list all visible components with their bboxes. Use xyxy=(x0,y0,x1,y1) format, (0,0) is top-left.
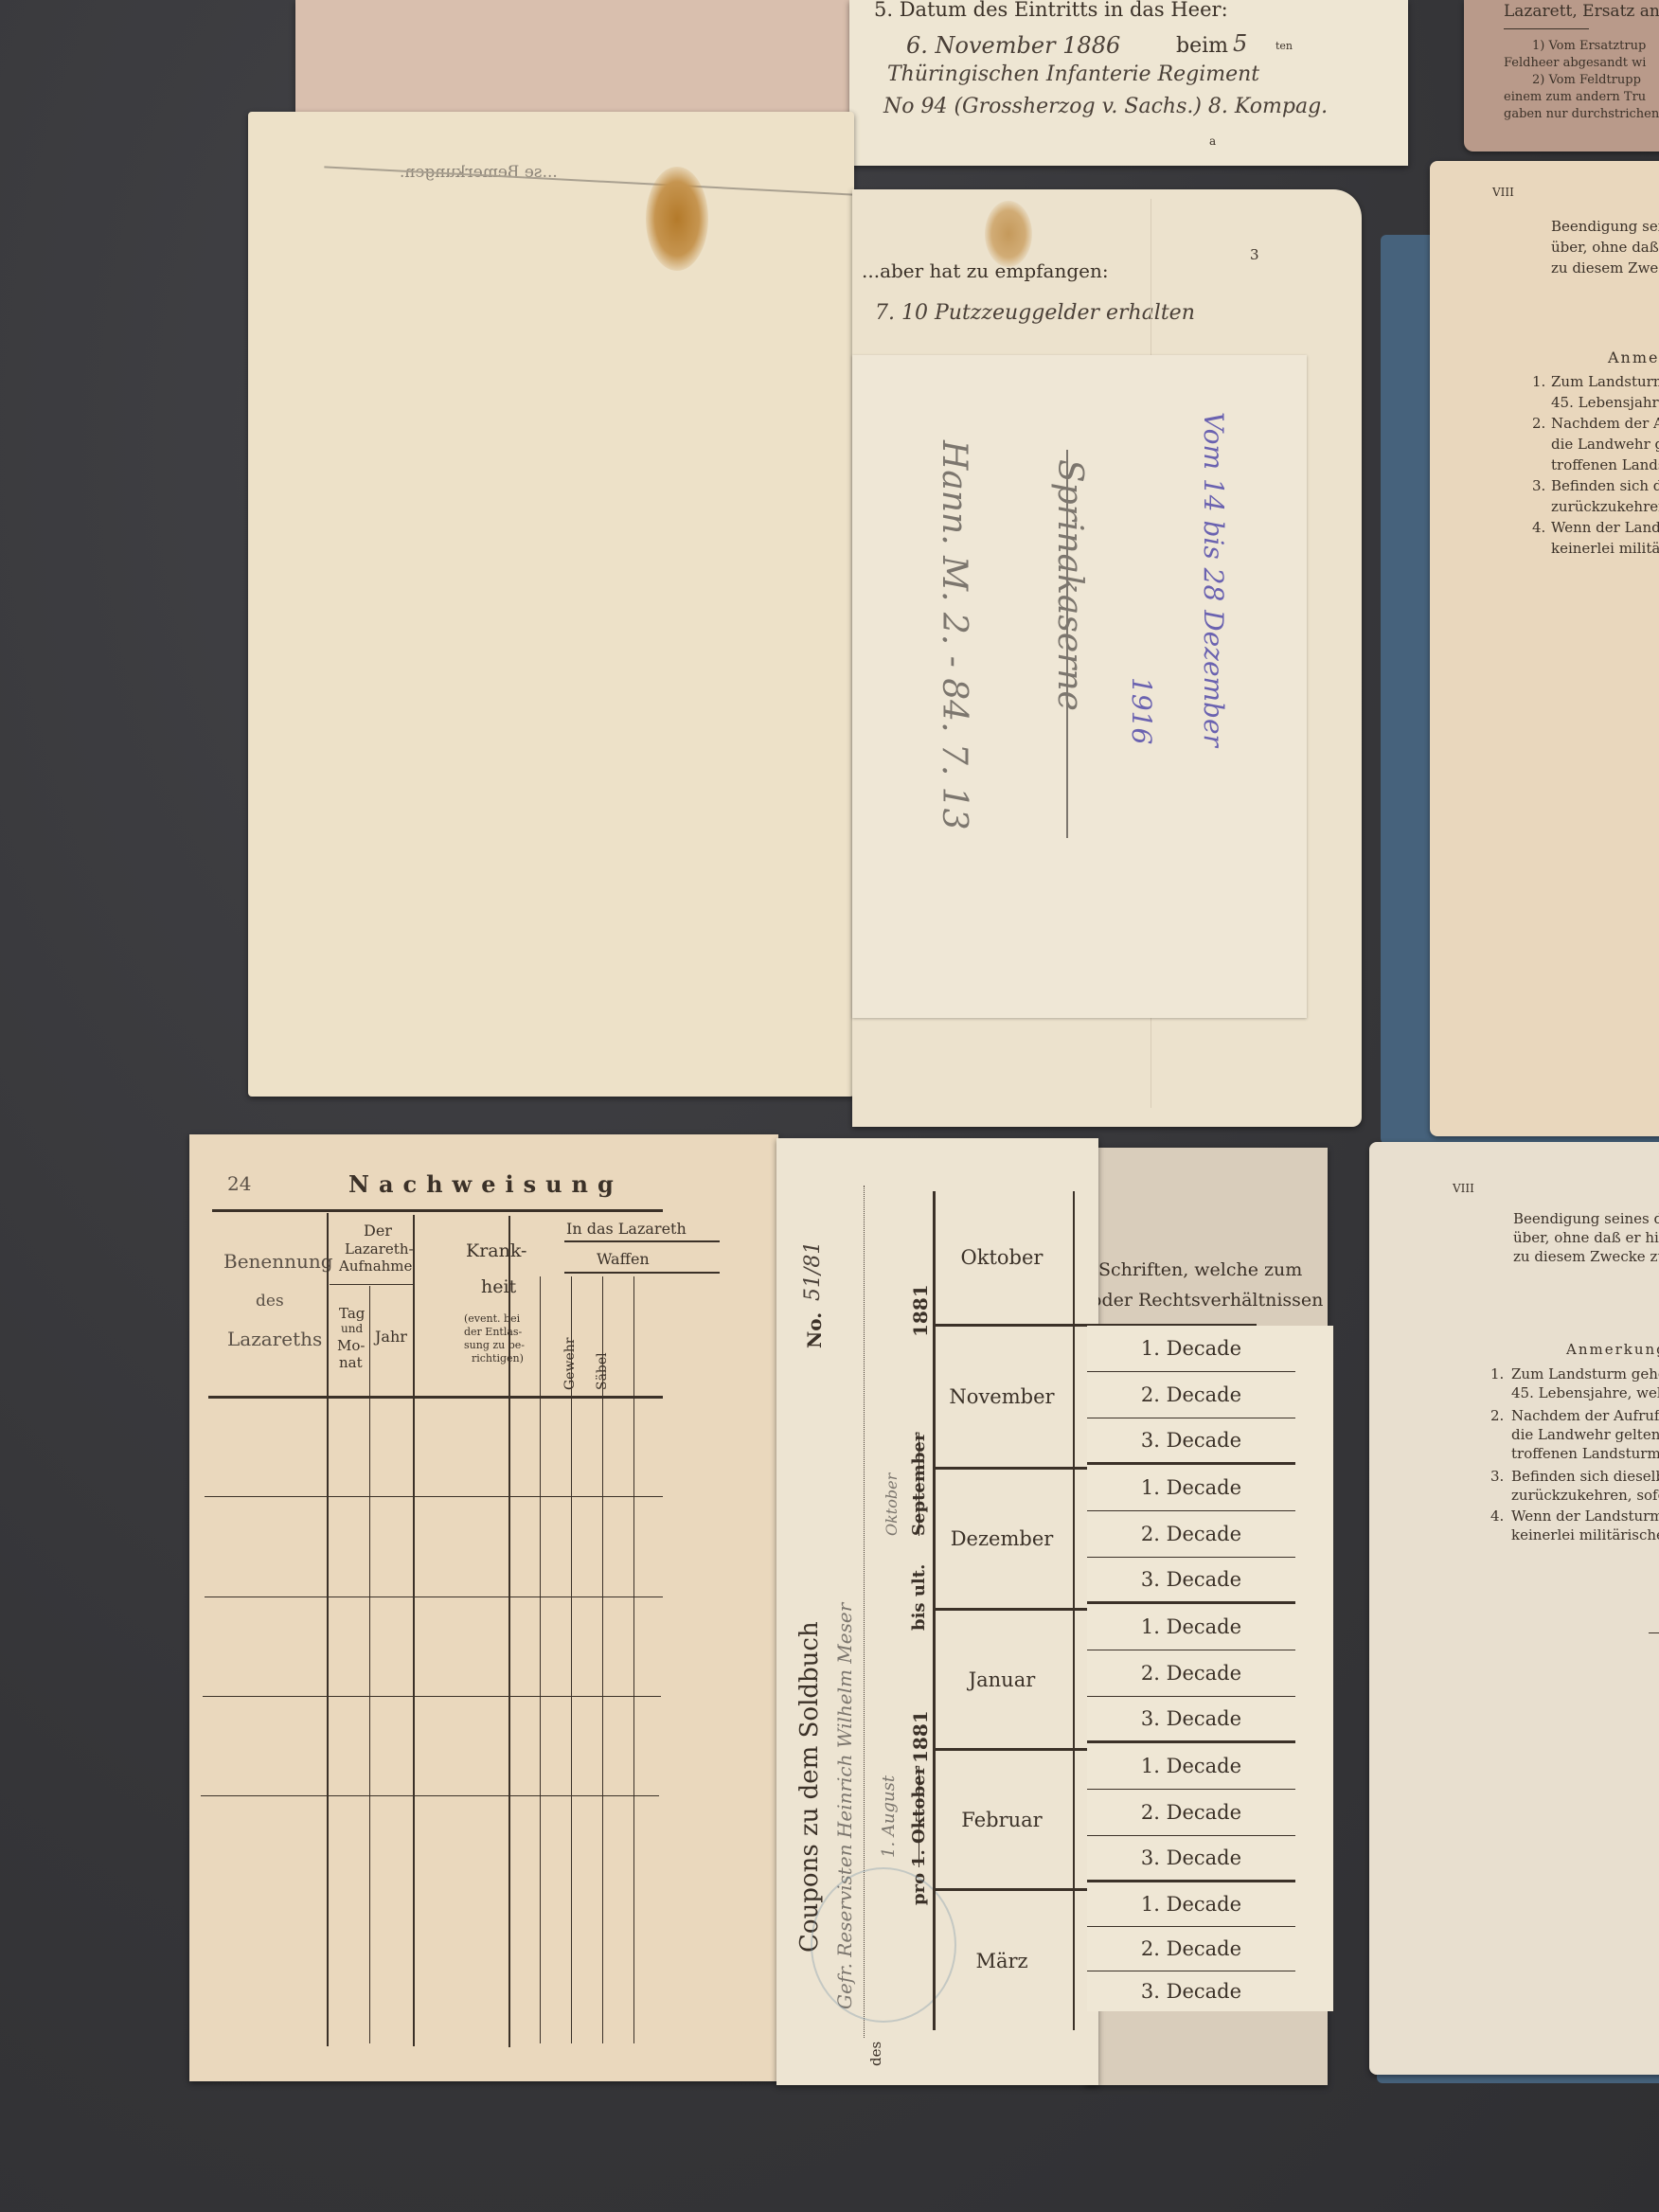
decade-cell: 3. Decade xyxy=(1087,1971,1295,2011)
decade-cell: 2. Decade xyxy=(1087,1790,1295,1835)
header-benennung: Benennung xyxy=(223,1250,333,1273)
header-bottom-rule xyxy=(208,1396,663,1399)
card-heading: Lazarett, Ersatz an xyxy=(1504,2,1659,21)
note-line: die Landwehr geltende xyxy=(1551,434,1659,455)
header-des: des xyxy=(256,1292,284,1311)
decade-cell: 2. Decade xyxy=(1087,1650,1295,1696)
note-num: 4. xyxy=(1490,1506,1504,1526)
note-line: Befinden sich dieselben in xyxy=(1511,1466,1659,1487)
nachweisung-title: Nachweisung xyxy=(348,1170,623,1198)
intro-line: Beendigung seines dritt xyxy=(1551,216,1659,237)
right-lower-booklet-page: VIII Beendigung seines dritt über, ohne … xyxy=(1369,1142,1659,2075)
header-rule-3 xyxy=(330,1284,413,1285)
header-krank: Krank- xyxy=(466,1240,526,1261)
header-nat: nat xyxy=(339,1354,363,1371)
page-marker: a xyxy=(1209,134,1216,148)
note-num: 1. xyxy=(1490,1364,1504,1384)
short-divider xyxy=(1649,1632,1659,1633)
header-rule-1 xyxy=(564,1240,720,1242)
note-line: die Landwehr geltende xyxy=(1511,1424,1659,1445)
col-line xyxy=(508,1216,510,2047)
note-line: 45. Lebensjahre, welche xyxy=(1511,1382,1659,1403)
coupons-title: Coupons zu dem Soldbuch xyxy=(795,1621,824,1953)
top-right-card: Lazarett, Ersatz an 1) Vom Ersatztrup Fe… xyxy=(1464,0,1659,152)
note-line: Wenn der Landsturm nicht xyxy=(1551,517,1659,538)
pro-struck: 1. Oktober xyxy=(909,1766,929,1867)
page-number-3: 3 xyxy=(1250,246,1259,263)
note-num: 3. xyxy=(1490,1466,1504,1487)
middle-left-folder: ...se Bemerkungen. xyxy=(248,112,854,1097)
note-line: Befinden sich dieselben in xyxy=(1551,475,1659,496)
printed-beim: beim xyxy=(1176,34,1228,58)
rust-stain xyxy=(646,167,708,271)
note-line: Zum Landsturm gehören xyxy=(1511,1364,1659,1384)
month-maerz: März xyxy=(933,1891,1071,2030)
right-upper-booklet-page: VIII Beendigung seines dritt über, ohne … xyxy=(1430,161,1659,1136)
note-line: Zum Landsturm gehören xyxy=(1551,371,1659,392)
note-line: 45. Lebensjahre, welche xyxy=(1551,392,1659,413)
coupons-page: Coupons zu dem Soldbuch No. 51/81 des Ge… xyxy=(776,1138,1098,2085)
header-lazareth: Lazareth- xyxy=(345,1240,414,1258)
col-line xyxy=(413,1215,415,2046)
col-line xyxy=(540,1276,541,2043)
pencil-underline xyxy=(1066,450,1068,838)
month-dezember: Dezember xyxy=(933,1470,1071,1608)
row-line xyxy=(205,1496,663,1497)
decade-cell: 2. Decade xyxy=(1087,1511,1295,1557)
superscript-ten: ten xyxy=(1275,40,1293,52)
decade-cell: 3. Decade xyxy=(1087,1836,1295,1880)
note-line: Nachdem der Aufruf des xyxy=(1511,1405,1659,1426)
note-line: keinerlei militärischer Kon xyxy=(1551,538,1659,559)
header-note-4: richtigen) xyxy=(472,1352,524,1365)
bis-value: Oktober xyxy=(883,1473,901,1536)
month-februar: Februar xyxy=(933,1751,1071,1888)
anmerkung-heading: Anmerkung xyxy=(1608,348,1659,366)
intro-line: über, ohne daß er hierü xyxy=(1513,1227,1659,1248)
insert-slip: Sprinakaserne Hann. M. 2. - 84. 7. 13 Vo… xyxy=(852,355,1307,1018)
middle-center-page: ...aber hat zu empfangen: 3 7. 10 Putzze… xyxy=(852,189,1362,1127)
year-2: 1881 xyxy=(909,1284,932,1337)
row-line xyxy=(203,1696,661,1697)
header-aufnahme: Aufnahme xyxy=(339,1258,412,1275)
number-value: 51/81 xyxy=(801,1241,825,1301)
intro-line: über, ohne daß er hierü xyxy=(1551,237,1659,258)
entry-title: 5. Datum des Eintritts in das Heer: xyxy=(874,0,1228,21)
note-num: 1. xyxy=(1532,371,1545,392)
bis-struck: September xyxy=(909,1433,929,1536)
col-line xyxy=(571,1276,572,2043)
note-num: 2. xyxy=(1490,1405,1504,1426)
intro-line: zu diesem Zwecke zu mel xyxy=(1551,258,1659,278)
decade-cell: 1. Decade xyxy=(1087,1326,1295,1371)
decade-cell: 2. Decade xyxy=(1087,1927,1295,1971)
header-note-1: (event. bei xyxy=(464,1312,520,1325)
header-rule-2 xyxy=(564,1272,720,1274)
note-line: troffenen Landsturmpflicht xyxy=(1551,455,1659,475)
decade-cell: 2. Decade xyxy=(1087,1372,1295,1418)
col-line xyxy=(633,1276,634,2043)
handwritten-regiment: Thüringischen Infanterie Regiment xyxy=(887,62,1259,86)
header-tag: Tag xyxy=(339,1305,365,1322)
number-label: No. xyxy=(803,1312,826,1348)
card-divider xyxy=(1504,28,1589,29)
header-und: und xyxy=(341,1322,363,1335)
header-note-2: der Entlas- xyxy=(464,1326,522,1338)
violet-note-1: Vom 14 bis 28 Dezember xyxy=(1198,412,1229,747)
header-note-3: sung zu be- xyxy=(464,1339,525,1351)
decade-cell: 1. Decade xyxy=(1087,1604,1295,1650)
page-roman-upper: VIII xyxy=(1492,186,1514,199)
header-lazareths: Lazareths xyxy=(227,1328,322,1350)
decade-column-top xyxy=(1087,1328,1088,1329)
page-number-24: 24 xyxy=(227,1172,251,1195)
title-rule xyxy=(212,1209,663,1212)
col-line xyxy=(602,1276,603,2043)
card-note-2-cont2: gaben nur durchstrichen xyxy=(1504,104,1659,125)
col-line xyxy=(327,1213,329,2046)
decade-cell: 1. Decade xyxy=(1087,1882,1295,1926)
row-line xyxy=(205,1597,663,1597)
header-heit: heit xyxy=(481,1276,516,1297)
note-line: zurückzukehren, sofern sie xyxy=(1551,496,1659,517)
decade-cell: 1. Decade xyxy=(1087,1743,1295,1789)
header-mo: Mo- xyxy=(337,1337,365,1354)
anmerkung-heading: Anmerkung. xyxy=(1566,1341,1659,1358)
header-jahr: Jahr xyxy=(375,1328,407,1346)
nachweisung-page: 24 Nachweisung Benennung des Lazareths D… xyxy=(189,1134,778,2081)
handwritten-date: 6. November 1886 xyxy=(906,32,1120,59)
pencil-note-1: Sprinakaserne xyxy=(1050,459,1089,711)
decade-cell: 3. Decade xyxy=(1087,1418,1295,1462)
handwritten-number: 5 xyxy=(1233,30,1247,57)
decade-cell: 3. Decade xyxy=(1087,1558,1295,1601)
pencil-note-2: Hann. M. 2. - 84. 7. 13 xyxy=(935,440,973,830)
note-line: troffenen Landsturmpflicht xyxy=(1511,1443,1659,1464)
header-waffen: Waffen xyxy=(597,1250,650,1268)
header-in-das-lazareth: In das Lazareth xyxy=(566,1220,687,1238)
note-line: zurückzukehren, sofern sie xyxy=(1511,1485,1659,1506)
note-line: keinerlei militärischer Kon xyxy=(1511,1525,1659,1545)
month-november: November xyxy=(933,1327,1071,1467)
month-oktober: Oktober xyxy=(933,1191,1071,1324)
violet-note-2: 1916 xyxy=(1126,677,1157,744)
rust-stain-small xyxy=(985,201,1032,267)
note-num: 4. xyxy=(1532,517,1545,538)
table-mid-border xyxy=(1073,1191,1075,2030)
handwritten-company: No 94 (Grossherzog v. Sachs.) 8. Kompag. xyxy=(883,95,1328,118)
page-roman-lower: VIII xyxy=(1453,1182,1474,1195)
bis-label: bis ult. xyxy=(909,1564,929,1631)
printed-empfangen: ...aber hat zu empfangen: xyxy=(862,259,1109,282)
note-line: Nachdem der Aufruf des xyxy=(1551,413,1659,434)
note-line: Wenn der Landsturm nicht xyxy=(1511,1506,1659,1526)
row-line xyxy=(201,1795,659,1796)
col-line xyxy=(369,1286,370,2043)
decade-cell: 3. Decade xyxy=(1087,1697,1295,1740)
decade-column: 1. Decade 2. Decade 3. Decade 1. Decade … xyxy=(1087,1326,1333,2011)
handwritten-receipt: 7. 10 Putzzeuggelder erhalten xyxy=(875,301,1195,325)
note-num: 3. xyxy=(1532,475,1545,496)
note-num: 2. xyxy=(1532,413,1545,434)
intro-line: Beendigung seines dritt xyxy=(1513,1208,1659,1229)
intro-line: zu diesem Zwecke zu mel xyxy=(1513,1246,1659,1267)
pro-value: 1. August xyxy=(879,1775,899,1858)
decade-cell: 1. Decade xyxy=(1087,1465,1295,1510)
top-booklet-page: 5. Datum des Eintritts in das Heer: 6. N… xyxy=(849,0,1408,166)
month-januar: Januar xyxy=(933,1611,1071,1748)
year-1: 1881 xyxy=(909,1710,932,1763)
header-gewehr: Gewehr xyxy=(562,1338,578,1390)
des-label: des xyxy=(867,2042,884,2066)
header-der: Der xyxy=(364,1222,392,1240)
